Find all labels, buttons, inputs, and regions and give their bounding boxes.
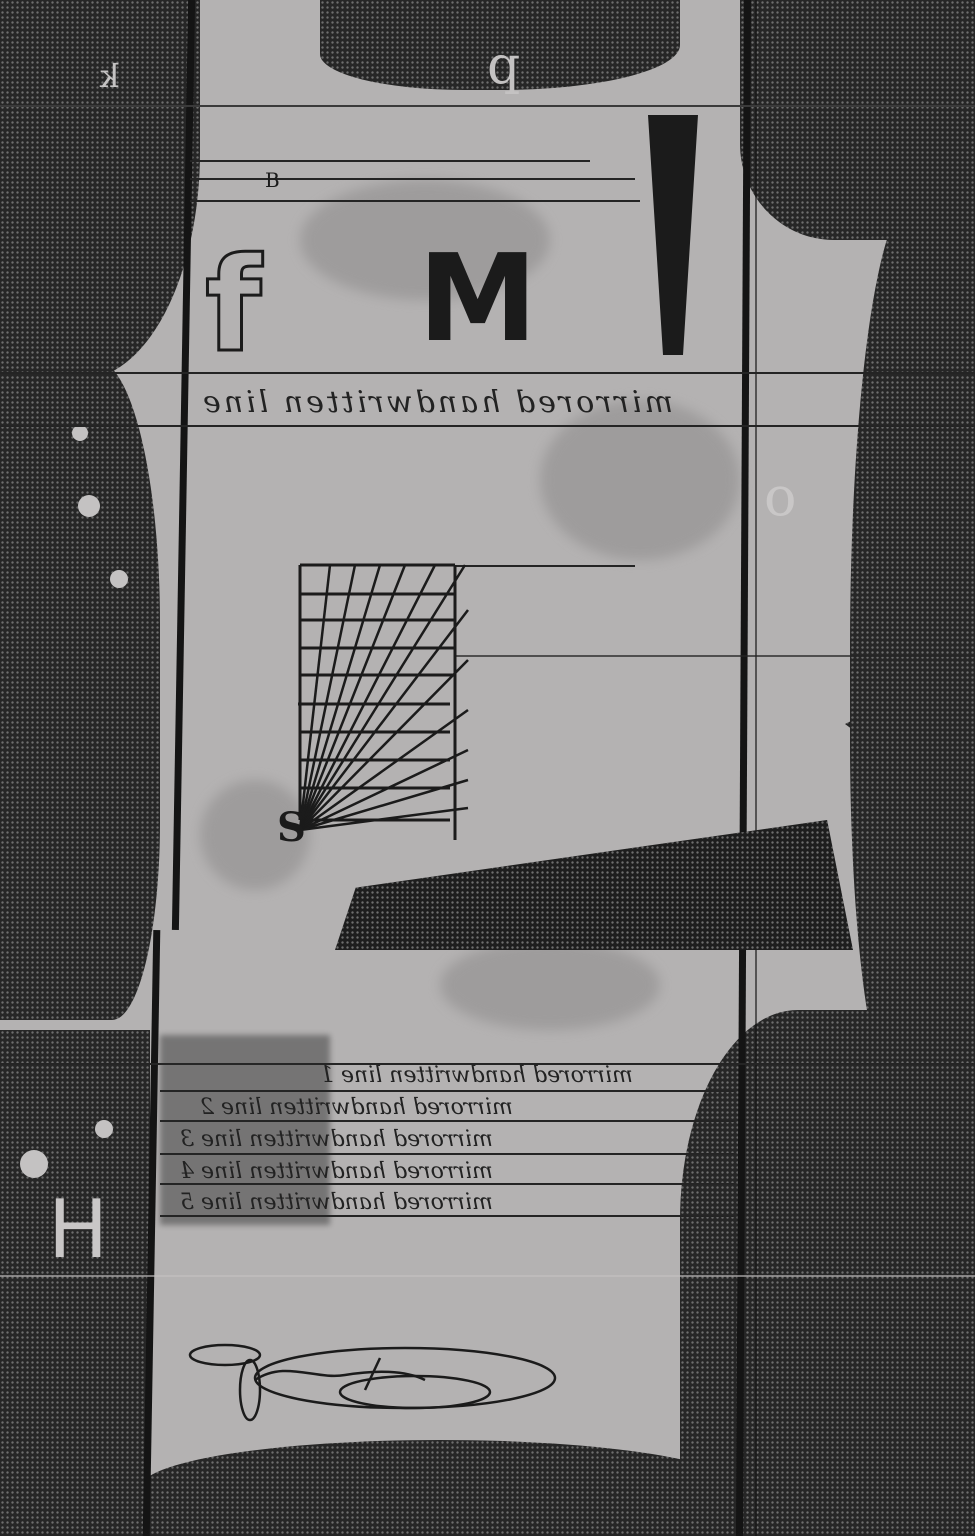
dark-mass-right: [850, 200, 975, 1100]
mirrored-script: mirrored handwritten line 3: [180, 1127, 493, 1152]
staff-line: [190, 160, 590, 162]
mirrored-script: mirrored handwritten line 2: [200, 1095, 513, 1120]
glyph-m: M: [418, 240, 537, 360]
mirrored-script: mirrored handwritten line 4: [180, 1159, 493, 1184]
smudge: [540, 400, 740, 560]
light-dot: [20, 1150, 48, 1178]
vertical-rule-thin: [755, 0, 757, 1536]
horizontal-rule: [0, 105, 975, 107]
smudge: [440, 940, 660, 1030]
dark-mass-bottom-left: [0, 1030, 150, 1536]
glyph-s: S: [277, 808, 306, 848]
glyph-b: B: [265, 170, 280, 190]
mirrored-script: mirrored handwritten line: [200, 385, 673, 420]
glyph-k: k: [100, 60, 119, 92]
staff-line: [190, 178, 635, 180]
light-dot: [110, 570, 128, 588]
mirrored-script: mirrored handwritten line 1: [320, 1063, 633, 1088]
etching-artwork: k q B f M o H mirrored handwritten line: [0, 0, 975, 1536]
staff-line: [190, 200, 640, 202]
mirrored-script: mirrored handwritten line 5: [180, 1190, 493, 1215]
dark-mass-bottom: [140, 1440, 740, 1536]
writing-line: [160, 1090, 735, 1092]
horizontal-rule: [0, 372, 975, 374]
light-dot: [78, 495, 100, 517]
horizontal-rule: [0, 425, 975, 427]
glyph-exclamation: [648, 115, 698, 355]
writing-line: [160, 1120, 735, 1122]
script-block: mirrored handwritten line 1 mirrored han…: [160, 1035, 735, 1235]
glyph-f: f: [205, 240, 262, 370]
light-dot: [72, 425, 88, 441]
writing-line: [160, 1153, 735, 1155]
writing-line: [160, 1215, 735, 1217]
dark-mass-left: [0, 360, 160, 1020]
horizontal-rule: [0, 1275, 975, 1277]
light-dot: [95, 1120, 113, 1138]
signature-scribble: [185, 1340, 565, 1430]
glyph-q: q: [487, 40, 520, 92]
horizontal-rule: [455, 655, 975, 657]
glyph-o: o: [764, 470, 797, 524]
glyph-h: H: [48, 1190, 108, 1270]
